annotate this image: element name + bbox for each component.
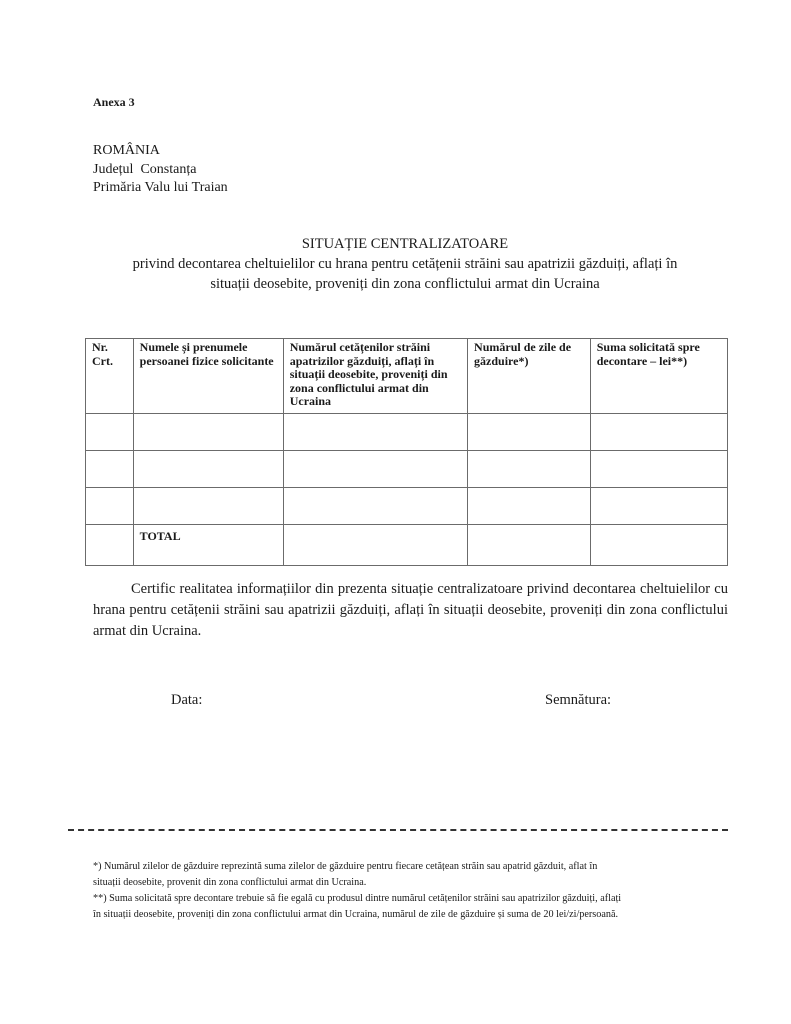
column-header-nr: Nr. Crt. xyxy=(86,339,134,414)
table-row xyxy=(86,451,728,488)
column-header-days: Numărul de zile de găzduire*) xyxy=(468,339,591,414)
total-cell-days[interactable] xyxy=(468,525,591,566)
footnote-1-line-1: *) Numărul zilelor de găzduire reprezint… xyxy=(93,859,733,875)
county-name: Județul Constanța xyxy=(93,161,228,180)
total-cell-nr xyxy=(86,525,134,566)
column-header-amount: Suma solicitată spre decontare – lei**) xyxy=(590,339,727,414)
cell-nr[interactable] xyxy=(86,414,134,451)
cell-name[interactable] xyxy=(133,414,283,451)
cell-name[interactable] xyxy=(133,451,283,488)
certification-text: Certific realitatea informațiilor din pr… xyxy=(93,581,728,639)
cell-amount[interactable] xyxy=(590,414,727,451)
column-header-name: Numele și prenumele persoanei fizice sol… xyxy=(133,339,283,414)
footnotes: *) Numărul zilelor de găzduire reprezint… xyxy=(93,859,733,923)
cell-amount[interactable] xyxy=(590,488,727,525)
issuer-header: ROMÂNIA Județul Constanța Primăria Valu … xyxy=(93,142,228,198)
cell-nr[interactable] xyxy=(86,488,134,525)
column-header-persons: Numărul cetățenilor străini apatrizilor … xyxy=(283,339,467,414)
date-label: Data: xyxy=(171,692,202,709)
certification-statement: Certific realitatea informațiilor din pr… xyxy=(93,579,728,642)
total-cell-persons[interactable] xyxy=(283,525,467,566)
title-main: SITUAȚIE CENTRALIZATOARE xyxy=(60,234,750,254)
signature-label: Semnătura: xyxy=(545,692,611,709)
document-title: SITUAȚIE CENTRALIZATOARE privind deconta… xyxy=(60,234,750,294)
total-cell-amount[interactable] xyxy=(590,525,727,566)
footnote-2-line-2: în situații deosebite, proveniți din zon… xyxy=(93,907,733,923)
footnote-2-line-1: **) Suma solicitată spre decontare trebu… xyxy=(93,891,733,907)
table-header-row: Nr. Crt. Numele și prenumele persoanei f… xyxy=(86,339,728,414)
country-name: ROMÂNIA xyxy=(93,142,228,161)
cell-days[interactable] xyxy=(468,414,591,451)
footnote-1-line-2: situații deosebite, provenit din zona co… xyxy=(93,875,733,891)
table-row xyxy=(86,414,728,451)
cell-amount[interactable] xyxy=(590,451,727,488)
summary-table: Nr. Crt. Numele și prenumele persoanei f… xyxy=(85,338,728,566)
dashed-divider xyxy=(68,829,728,831)
title-subtitle-line-2: situații deosebite, proveniți din zona c… xyxy=(60,274,750,294)
cell-name[interactable] xyxy=(133,488,283,525)
total-label: TOTAL xyxy=(133,525,283,566)
cell-days[interactable] xyxy=(468,488,591,525)
cell-persons[interactable] xyxy=(283,488,467,525)
table-total-row: TOTAL xyxy=(86,525,728,566)
institution-name: Primăria Valu lui Traian xyxy=(93,179,228,198)
annex-label: Anexa 3 xyxy=(93,95,135,110)
cell-persons[interactable] xyxy=(283,414,467,451)
cell-persons[interactable] xyxy=(283,451,467,488)
cell-nr[interactable] xyxy=(86,451,134,488)
title-subtitle-line-1: privind decontarea cheltuielilor cu hran… xyxy=(60,254,750,274)
table-row xyxy=(86,488,728,525)
cell-days[interactable] xyxy=(468,451,591,488)
